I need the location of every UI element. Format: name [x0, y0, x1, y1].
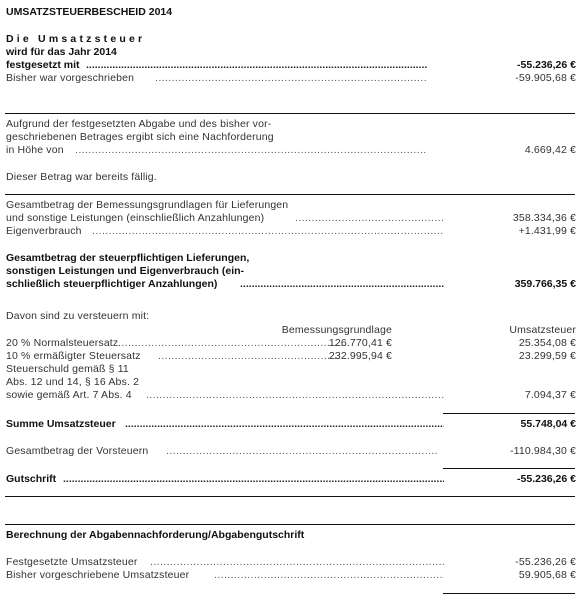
tax-rates-intro: Davon sind zu versteuern mit: [6, 310, 149, 323]
taxable-total-value: 359.766,35 € [515, 278, 576, 291]
leader-dots: ........................................… [158, 350, 346, 363]
calculation-heading: Berechnung der Abgabennachforderung/Abga… [6, 529, 304, 542]
calc-previous-value: 59.905,68 € [519, 569, 576, 582]
tax-rate-label: 10 % ermäßigter Steuersatz [6, 350, 141, 363]
liability-value: 7.094,37 € [525, 389, 576, 402]
leader-dots: ........................................… [214, 569, 444, 582]
bases-total-label-2: und sonstige Leistungen (einschließlich … [6, 212, 264, 225]
divider [5, 194, 575, 195]
subtotal-rule [443, 468, 575, 469]
document-title: UMSATZSTEUERBESCHEID 2014 [6, 6, 172, 19]
leader-dots: ........................................… [295, 212, 444, 225]
leader-dots: ........................................… [146, 389, 444, 402]
liability-label-3: sowie gemäß Art. 7 Abs. 4 [6, 389, 132, 402]
leader-dots: ........................................… [75, 144, 426, 157]
leader-dots: ........................................… [155, 72, 426, 85]
calc-previous-label: Bisher vorgeschriebene Umsatzsteuer [6, 569, 189, 582]
taxable-total-label-1: Gesamtbetrag der steuerpflichtigen Liefe… [6, 252, 249, 265]
liability-label-2: Abs. 12 und 14, § 16 Abs. 2 [6, 376, 139, 389]
column-header-base: Bemessungsgrundlage [282, 324, 392, 337]
own-consumption-label: Eigenverbrauch [6, 225, 82, 238]
leader-dots: ........................................… [86, 59, 428, 72]
previous-amount-value: -59.905,68 € [515, 72, 576, 85]
taxable-total-label-2: sonstigen Leistungen und Eigenverbrauch … [6, 265, 244, 278]
leader-dots: ........................................… [125, 418, 444, 431]
own-consumption-value: +1.431,99 € [519, 225, 576, 238]
input-tax-value: -110.984,30 € [510, 445, 576, 458]
subtotal-rule [443, 413, 575, 414]
tax-rate-tax: 23.299,59 € [519, 350, 576, 363]
taxable-total-label-3: schließlich steuerpflichtiger Anzahlunge… [6, 278, 217, 291]
sum-vat-value: 55.748,04 € [521, 418, 576, 431]
back-payment-text-1: Aufgrund der festgesetzten Abgabe und de… [6, 118, 271, 131]
tax-rate-tax: 25.354,08 € [519, 337, 576, 350]
tax-rate-base: 232.995,94 € [329, 350, 392, 363]
assessment-heading: Die Umsatzsteuer [6, 33, 145, 46]
back-payment-value: 4.669,42 € [525, 144, 576, 157]
input-tax-label: Gesamtbetrag der Vorsteuern [6, 445, 148, 458]
previous-amount-label: Bisher war vorgeschrieben [6, 72, 134, 85]
liability-label-1: Steuerschuld gemäß § 11 [6, 363, 129, 376]
divider [5, 524, 575, 525]
leader-dots: ........................................… [92, 225, 444, 238]
sum-vat-label: Summe Umsatzsteuer [6, 418, 116, 431]
tax-rate-label: 20 % Normalsteuersatz [6, 337, 118, 350]
leader-dots: ........................................… [63, 473, 444, 486]
bases-total-label-1: Gesamtbetrag der Bemessungsgrundlagen fü… [6, 199, 288, 212]
divider [5, 113, 575, 114]
fixed-amount-value: -55.236,26 € [517, 59, 576, 72]
leader-dots: ........................................… [150, 556, 444, 569]
back-payment-label: in Höhe von [6, 144, 64, 157]
assessment-subheading: wird für das Jahr 2014 [6, 46, 117, 59]
bases-total-value: 358.334,36 € [513, 212, 576, 225]
column-header-tax: Umsatzsteuer [509, 324, 576, 337]
subtotal-rule [443, 593, 575, 594]
back-payment-text-2: geschriebenen Betrages ergibt sich eine … [6, 131, 274, 144]
credit-label: Gutschrift [6, 473, 56, 486]
tax-rate-base: 126.770,41 € [329, 337, 392, 350]
leader-dots: ........................................… [240, 278, 444, 291]
divider [5, 496, 575, 497]
leader-dots: ........................................… [118, 337, 346, 350]
due-note: Dieser Betrag war bereits fällig. [6, 171, 157, 184]
credit-value: -55.236,26 € [517, 473, 576, 486]
leader-dots: ........................................… [166, 445, 438, 458]
calc-fixed-value: -55.236,26 € [515, 556, 576, 569]
calc-fixed-label: Festgesetzte Umsatzsteuer [6, 556, 138, 569]
fixed-amount-label: festgesetzt mit [6, 59, 80, 72]
